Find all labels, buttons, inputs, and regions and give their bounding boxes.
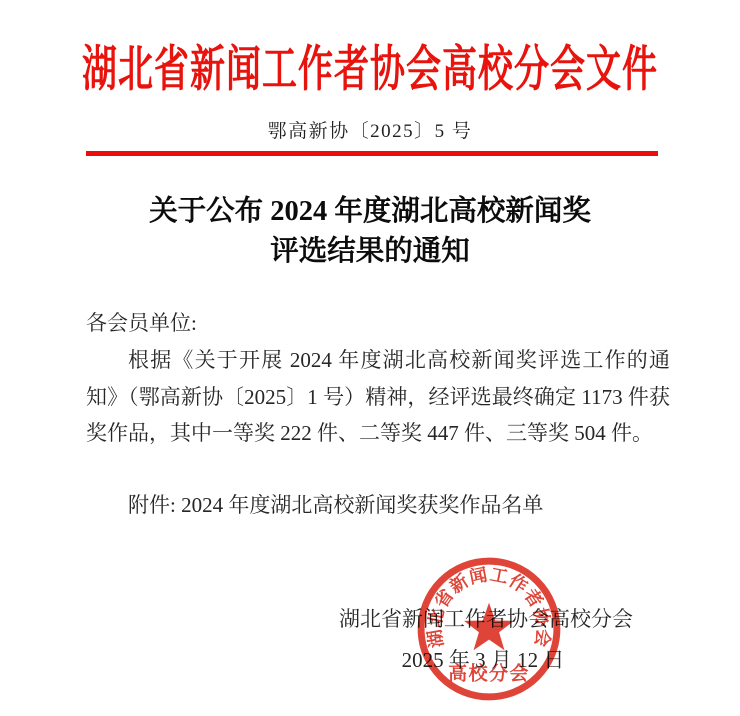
red-separator-rule — [86, 151, 658, 156]
attachment-line: 附件: 2024 年度湖北高校新闻奖获奖作品名单 — [86, 489, 670, 519]
document-page: 湖北省新闻工作者协会高校分会文件 鄂高新协〔2025〕5 号 关于公布 2024… — [0, 0, 740, 716]
salutation: 各会员单位: — [86, 307, 197, 337]
doc-number: 鄂高新协〔2025〕5 号 — [0, 116, 740, 143]
notice-title: 关于公布 2024 年度湖北高校新闻奖 评选结果的通知 — [0, 192, 740, 272]
org-header-title: 湖北省新闻工作者协会高校分会文件 — [0, 45, 740, 95]
seal-star-icon — [464, 603, 514, 651]
body-paragraph: 根据《关于开展 2024 年度湖北高校新闻奖评选工作的通知》（鄂高新协〔2025… — [86, 342, 670, 452]
notice-title-line2: 评选结果的通知 — [0, 232, 740, 272]
seal-bottom-text: 高校分会 — [448, 661, 530, 684]
notice-title-line1: 关于公布 2024 年度湖北高校新闻奖 — [0, 192, 740, 232]
official-seal: 湖北省新闻工作者协会 高校分会 — [416, 556, 562, 702]
